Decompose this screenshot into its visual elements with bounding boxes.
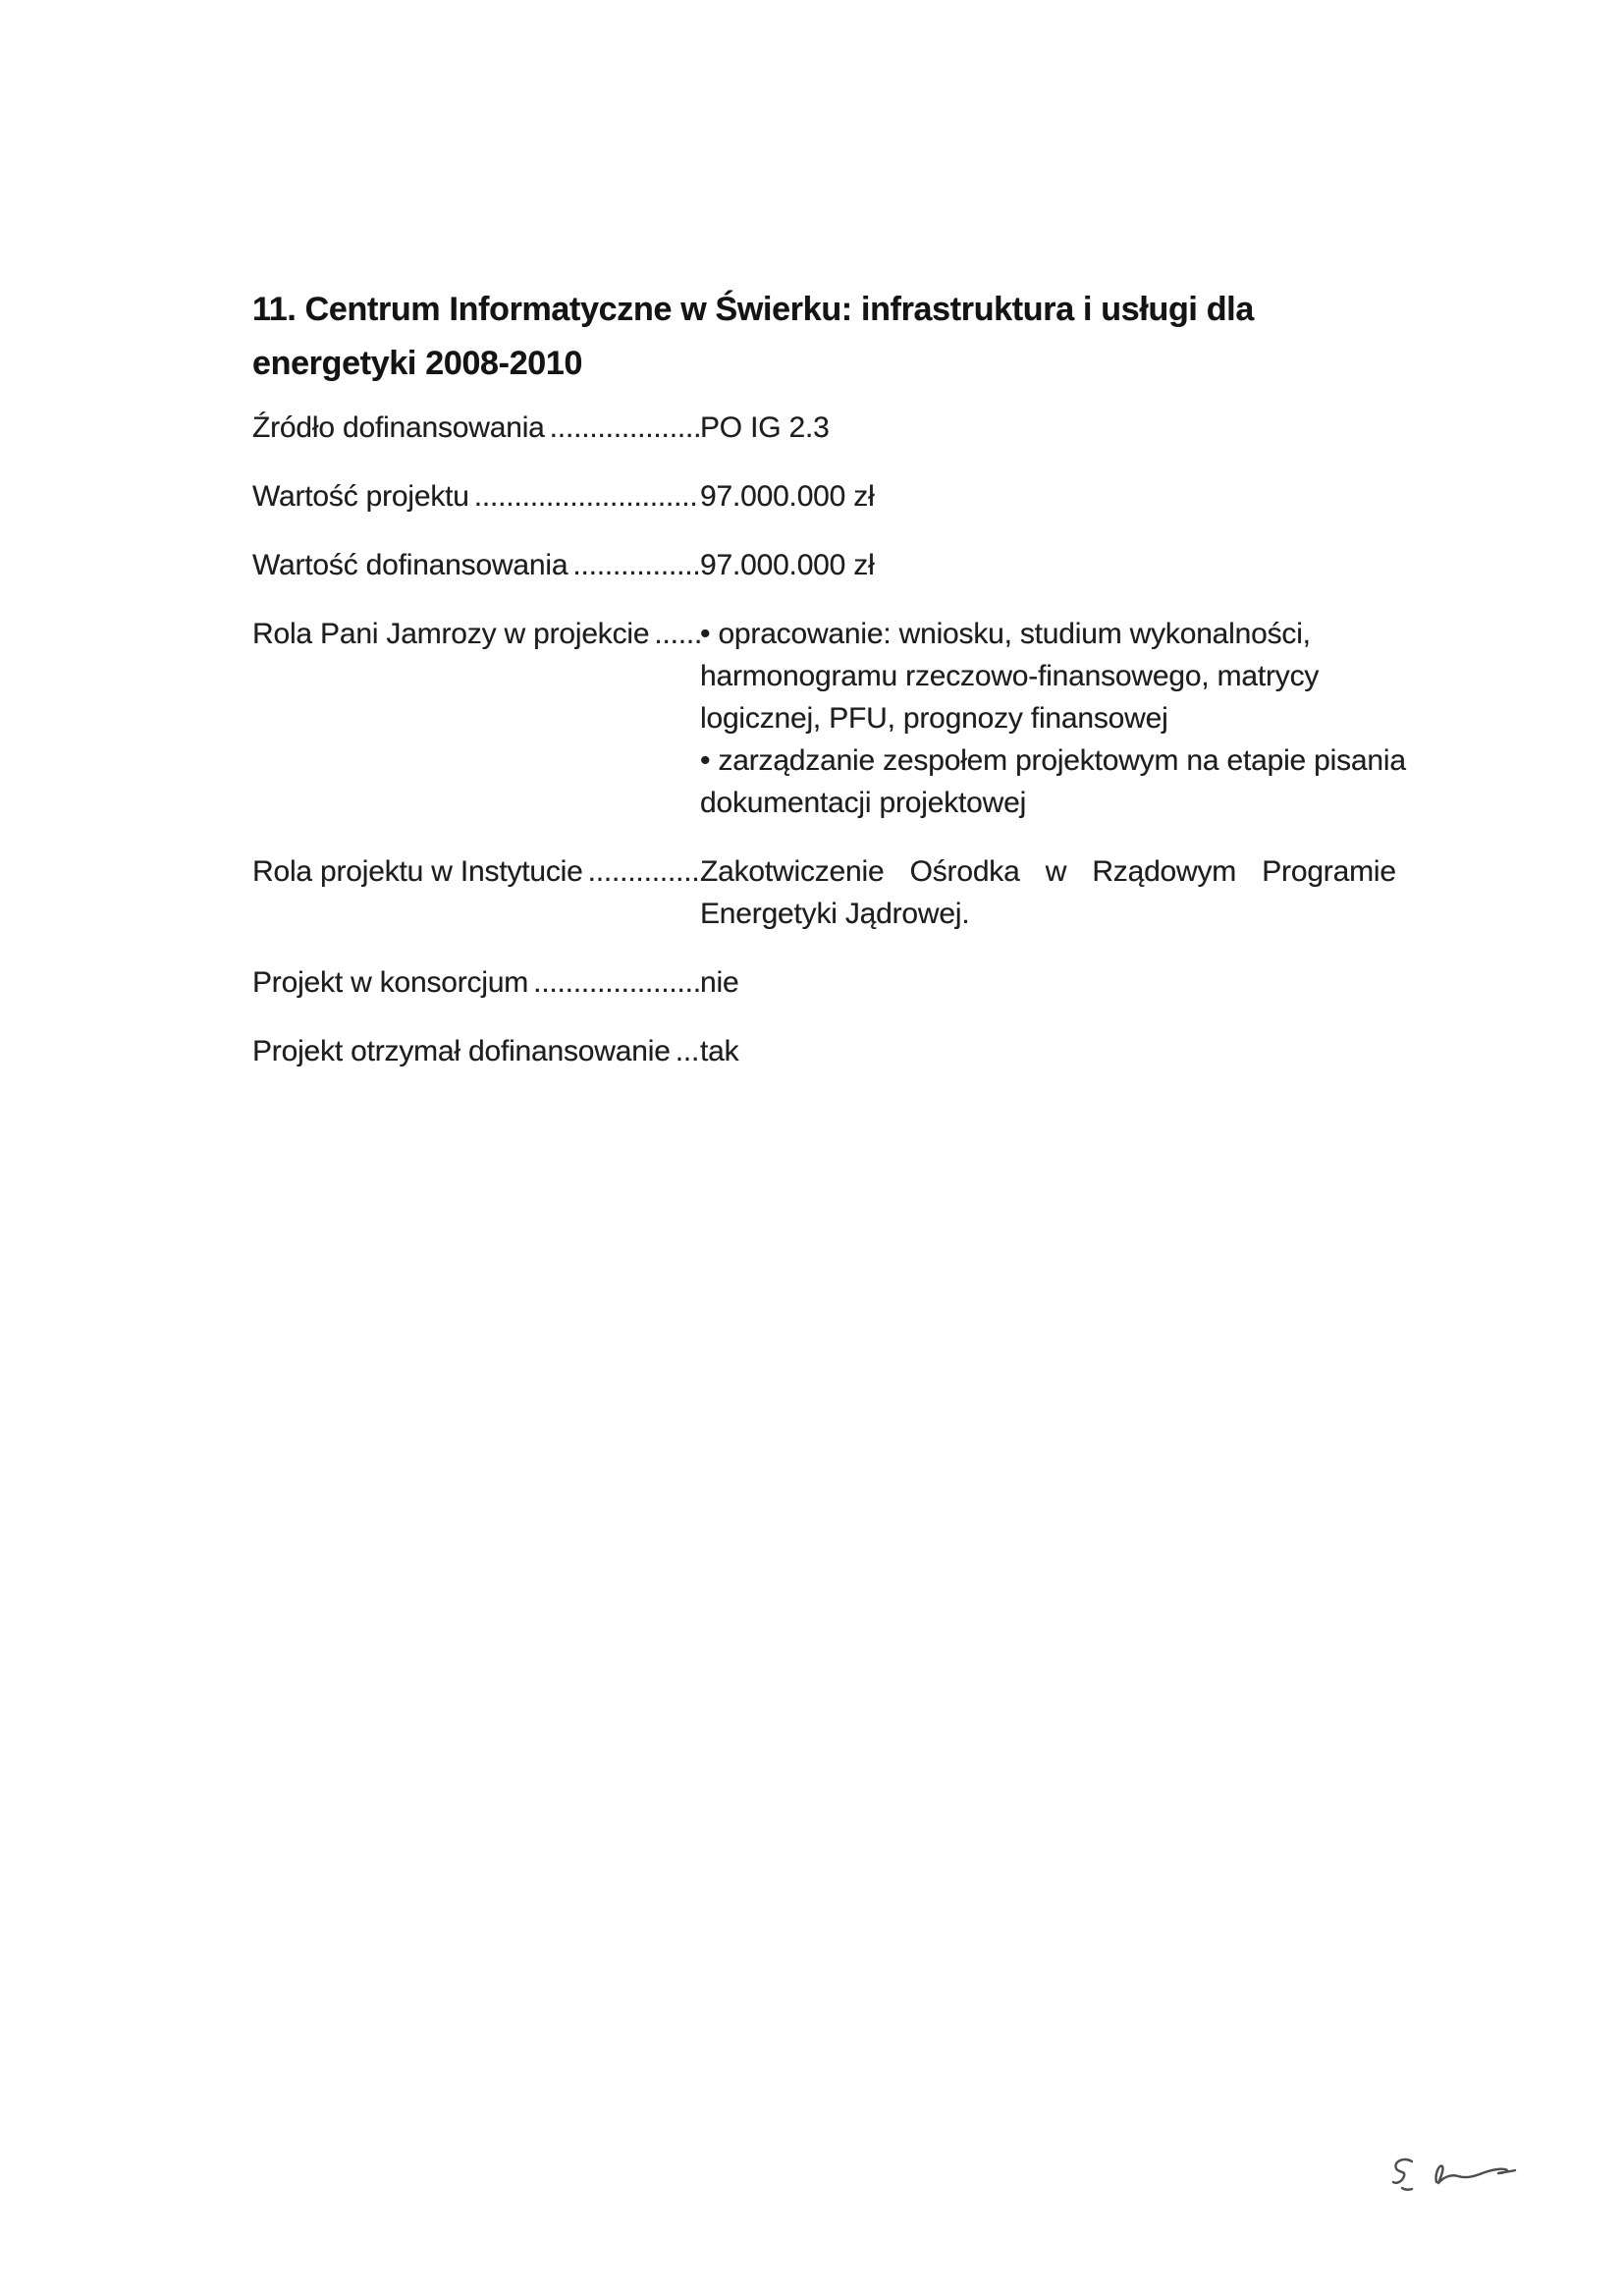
field-label-cell: Projekt w konsorcjum ...................… <box>252 961 700 1004</box>
document-content: 11. Centrum Informatyczne w Świerku: inf… <box>252 283 1401 1099</box>
field-row-rola-projektu-w-instytucie: Rola projektu w Instytucie .............… <box>252 850 1401 935</box>
field-value-line-2: Energetyki Jądrowej. <box>700 893 1401 935</box>
field-value-bullet-list: • opracowanie: wniosku, studium wykonaln… <box>700 613 1401 824</box>
field-value: PO IG 2.3 <box>700 407 1401 449</box>
document-title: 11. Centrum Informatyczne w Świerku: inf… <box>252 283 1401 391</box>
signature-initial-stroke <box>1393 2159 1412 2183</box>
dotted-leader: ........................................… <box>545 407 700 449</box>
field-label: Rola projektu w Instytucie <box>252 850 583 893</box>
dotted-leader: ........................................… <box>671 1030 700 1072</box>
field-label-cell: Projekt otrzymał dofinansowanie ........… <box>252 1030 700 1072</box>
field-value: 97.000.000 zł <box>700 544 1401 586</box>
field-value: nie <box>700 961 1401 1004</box>
scanned-document-page: 11. Centrum Informatyczne w Świerku: inf… <box>0 0 1623 2296</box>
field-row-wartosc-dofinansowania: Wartość dofinansowania .................… <box>252 544 1401 586</box>
field-row-zrodlo-dofinansowania: Źródło dofinansowania ..................… <box>252 407 1401 449</box>
dotted-leader: ........................................… <box>469 475 700 518</box>
dotted-leader: ........................................… <box>568 544 700 586</box>
dotted-leader: ........................................… <box>528 961 700 1004</box>
field-label-cell: Rola projektu w Instytucie .............… <box>252 850 700 893</box>
dotted-leader: ........................................… <box>649 613 700 655</box>
field-row-rola-pani-jamrozy: Rola Pani Jamrozy w projekcie ..........… <box>252 613 1401 824</box>
field-value: tak <box>700 1030 1401 1072</box>
field-label: Projekt w konsorcjum <box>252 961 528 1004</box>
field-value: 97.000.000 zł <box>700 475 1401 518</box>
field-row-wartosc-projektu: Wartość projektu .......................… <box>252 475 1401 518</box>
field-label: Wartość projektu <box>252 475 469 518</box>
field-label-cell: Wartość projektu .......................… <box>252 475 700 518</box>
field-label: Źródło dofinansowania <box>252 407 545 449</box>
field-label-cell: Źródło dofinansowania ..................… <box>252 407 700 449</box>
field-label-cell: Rola Pani Jamrozy w projekcie ..........… <box>252 613 700 655</box>
field-label-cell: Wartość dofinansowania .................… <box>252 544 700 586</box>
field-row-projekt-w-konsorcjum: Projekt w konsorcjum ...................… <box>252 961 1401 1004</box>
field-label: Wartość dofinansowania <box>252 544 568 586</box>
field-row-projekt-otrzymal-dofinansowanie: Projekt otrzymał dofinansowanie ........… <box>252 1030 1401 1072</box>
dotted-leader: ........................................… <box>583 850 700 893</box>
handwritten-signature <box>1384 2153 1522 2198</box>
signature-dash-stroke <box>1402 2188 1412 2190</box>
signature-tail-stroke <box>1436 2165 1515 2183</box>
field-value: Zakotwiczenie Ośrodka w Rządowym Program… <box>700 850 1401 935</box>
field-label: Rola Pani Jamrozy w projekcie <box>252 613 649 655</box>
field-value-line-1: Zakotwiczenie Ośrodka w Rządowym Program… <box>700 850 1401 893</box>
field-label: Projekt otrzymał dofinansowanie <box>252 1030 671 1072</box>
